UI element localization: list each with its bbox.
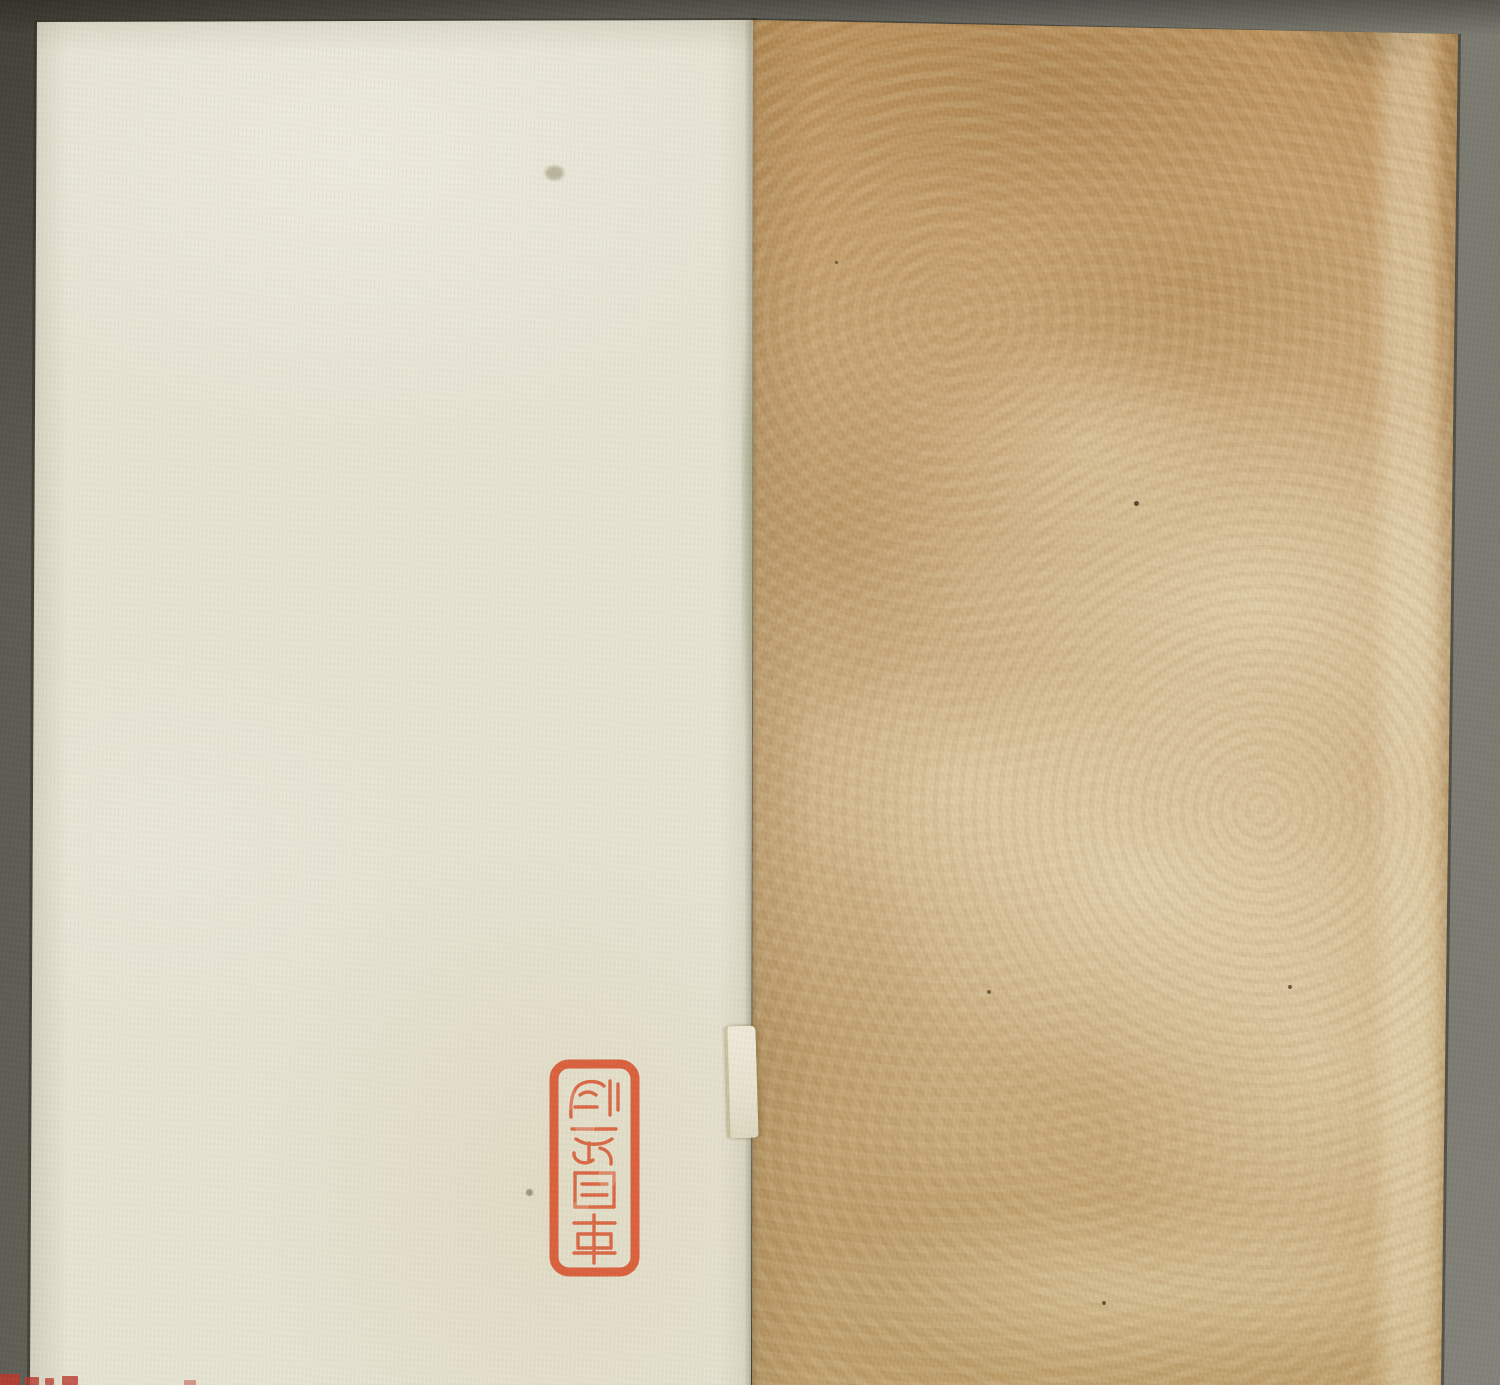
watermark-fragment <box>45 1378 54 1385</box>
collector-seal <box>547 1057 642 1279</box>
page-speck <box>1134 501 1139 506</box>
watermark-fragment <box>184 1380 196 1385</box>
right-page <box>750 16 1462 1385</box>
page-speck <box>545 166 564 180</box>
page-speck <box>987 990 991 994</box>
page-speck <box>1102 1301 1106 1305</box>
page-speck <box>835 261 838 264</box>
watermark-fragment <box>25 1377 39 1385</box>
watermark-fragment <box>62 1376 78 1385</box>
gutter-tint <box>742 330 754 730</box>
watermark-fragment <box>0 1374 20 1385</box>
page-speck <box>526 1189 533 1196</box>
left-page <box>26 18 753 1385</box>
page-speck <box>1288 985 1292 989</box>
collector-seal-icon <box>547 1057 642 1279</box>
photo-of-open-book <box>0 0 1500 1385</box>
paper-tab <box>725 1026 758 1139</box>
